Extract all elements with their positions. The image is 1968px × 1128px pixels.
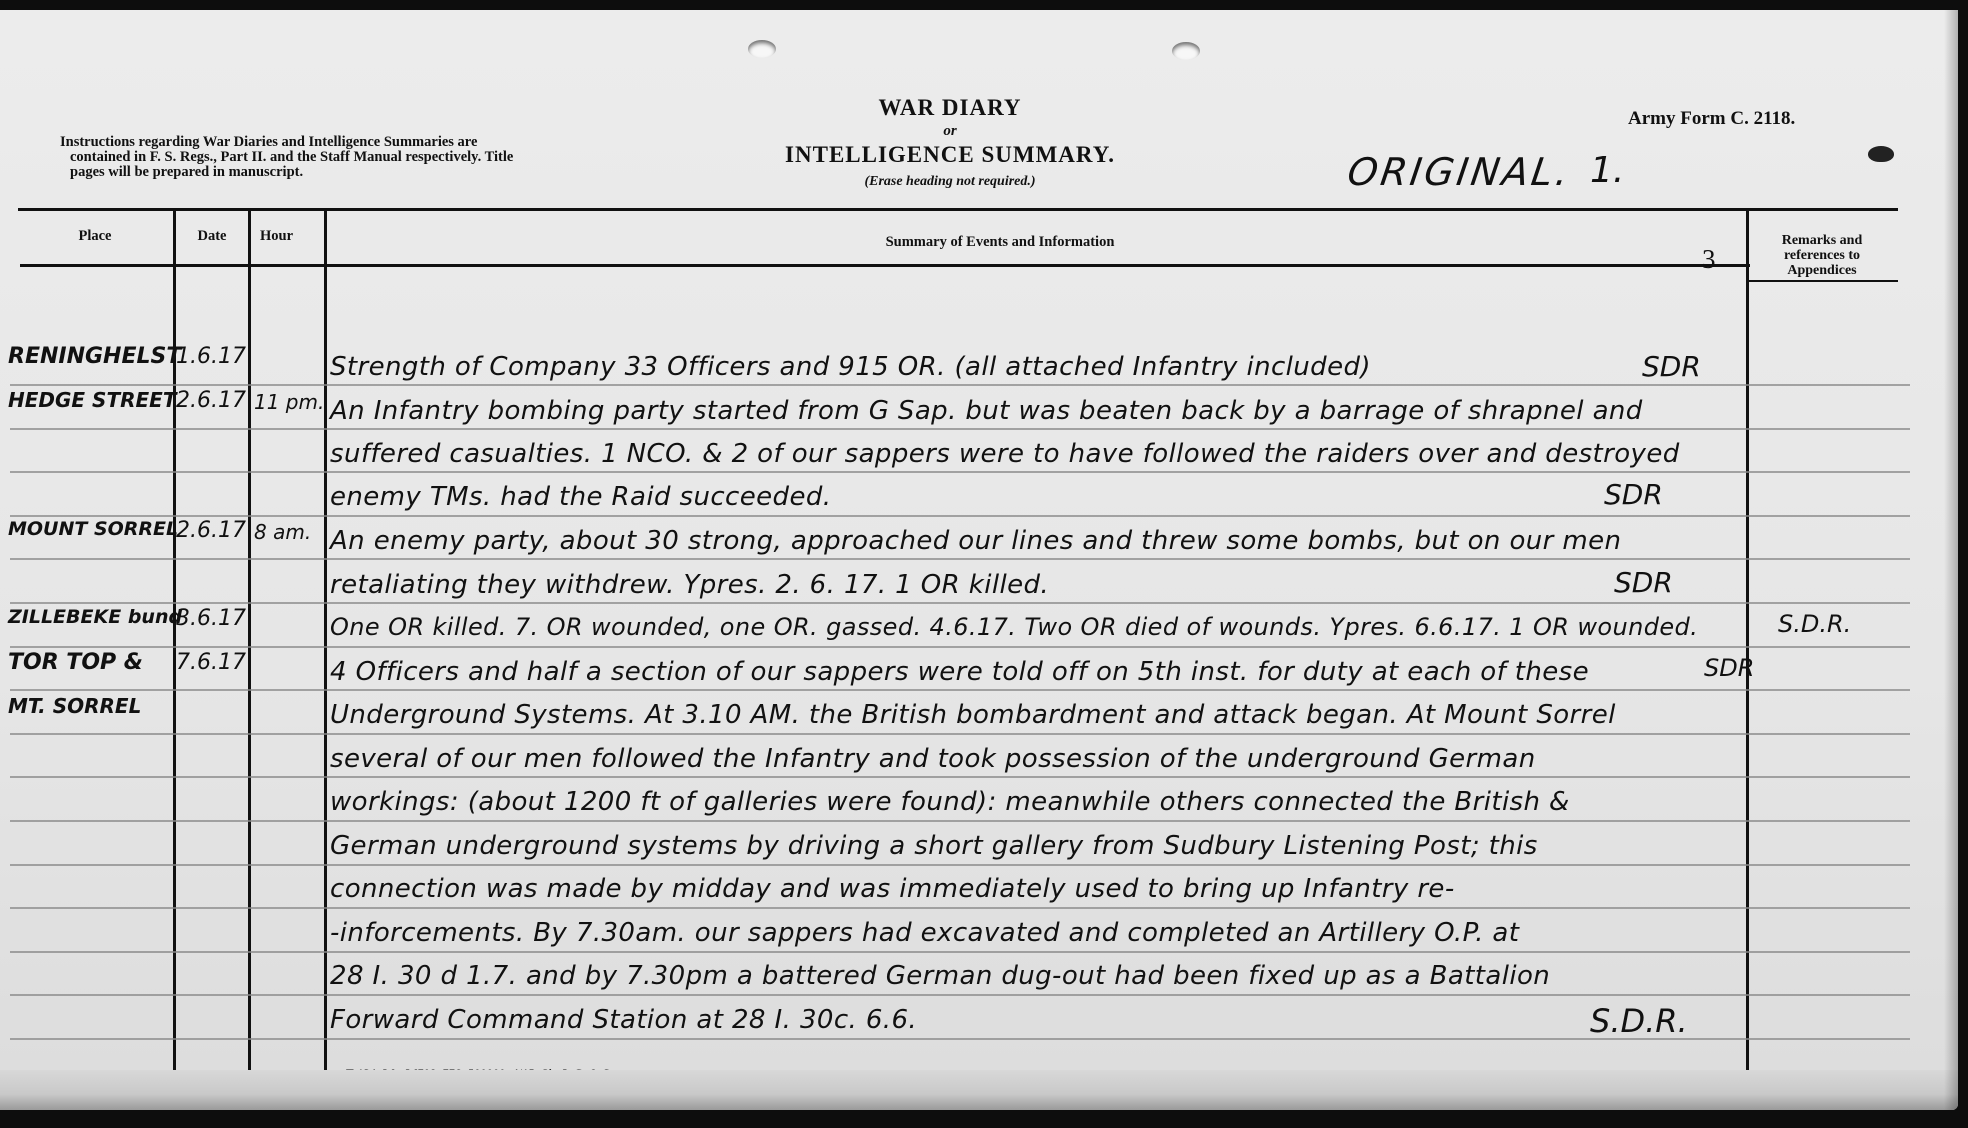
page-number: 3 <box>1702 244 1716 275</box>
summary-line: 4 Officers and half a section of our sap… <box>330 657 1589 687</box>
remarks-header-rule <box>1748 280 1898 282</box>
ruled-line <box>10 994 1910 996</box>
column-header-summary: Summary of Events and Information <box>700 234 1300 251</box>
ruled-line <box>10 558 1910 560</box>
ruled-line <box>10 646 1910 648</box>
summary-line: 28 I. 30 d 1.7. and by 7.30pm a battered… <box>330 961 1550 991</box>
initials-signature: SDR <box>1704 654 1754 682</box>
header-bottom-rule <box>20 264 1750 267</box>
entry-place: MT. SORREL <box>8 694 141 718</box>
form-subtitle: INTELLIGENCE SUMMARY. <box>720 142 1180 168</box>
date-hour-divider <box>248 210 251 1088</box>
initials-signature: SDR <box>1642 350 1701 383</box>
summary-line: several of our men followed the Infantry… <box>330 744 1536 774</box>
entry-date: 1.6.17 <box>176 344 246 369</box>
ruled-line <box>10 776 1910 778</box>
ruled-line <box>10 733 1910 735</box>
form-title-block: WAR DIARY or INTELLIGENCE SUMMARY. (Eras… <box>720 95 1180 190</box>
summary-line: Underground Systems. At 3.10 AM. the Bri… <box>330 700 1616 730</box>
ruled-line <box>10 689 1910 691</box>
entry-hour: 8 am. <box>254 520 311 544</box>
entry-place: ZILLEBEKE bund <box>8 606 182 628</box>
summary-line: retaliating they withdrew. Ypres. 2. 6. … <box>330 570 1049 600</box>
place-date-divider <box>173 210 176 1088</box>
form-title: WAR DIARY <box>720 95 1180 121</box>
war-diary-page: Instructions regarding War Diaries and I… <box>0 10 1958 1110</box>
ink-blot <box>1868 146 1894 162</box>
entry-place: RENINGHELST <box>8 344 181 369</box>
initials-signature: S.D.R. <box>1590 1002 1688 1040</box>
original-number: 1. <box>1590 150 1624 191</box>
initials-signature: SDR <box>1604 478 1663 511</box>
ruled-line <box>10 515 1910 517</box>
entry-hour: 11 pm. <box>254 390 324 414</box>
summary-line: German underground systems by driving a … <box>330 831 1538 861</box>
column-header-remarks: Remarks and references to Appendices <box>1752 233 1892 278</box>
army-form-number: Army Form C. 2118. <box>1628 108 1795 130</box>
ruled-line <box>10 951 1910 953</box>
entry-date: 7.6.17 <box>176 650 246 675</box>
form-title-or: or <box>720 123 1180 140</box>
initials-signature: S.D.R. <box>1778 610 1851 638</box>
ruled-line <box>10 428 1910 430</box>
summary-line: suffered casualties. 1 NCO. & 2 of our s… <box>330 439 1680 469</box>
column-header-hour: Hour <box>252 228 330 245</box>
punch-hole <box>1172 42 1200 60</box>
entry-place: MOUNT SORREL <box>8 518 178 540</box>
ruled-line <box>10 471 1910 473</box>
punch-hole <box>748 40 776 58</box>
summary-line: enemy TMs. had the Raid succeeded. <box>330 482 831 512</box>
summary-remarks-divider <box>1746 210 1749 1088</box>
summary-line: -inforcements. By 7.30am. our sappers ha… <box>330 918 1519 948</box>
page-bottom-edge <box>0 1070 1958 1110</box>
form-note: (Erase heading not required.) <box>720 174 1180 190</box>
entry-place: TOR TOP & <box>8 650 143 675</box>
summary-line: Forward Command Station at 28 I. 30c. 6.… <box>330 1005 917 1035</box>
column-header-place: Place <box>40 228 150 245</box>
header-top-rule <box>18 208 1898 211</box>
summary-line: connection was made by midday and was im… <box>330 874 1455 904</box>
summary-line: Strength of Company 33 Officers and 915 … <box>330 352 1371 382</box>
original-mark: ORIGINAL. <box>1345 150 1574 194</box>
hour-summary-divider <box>324 210 327 1088</box>
column-header-date: Date <box>176 228 248 245</box>
entry-place: HEDGE STREET <box>8 388 176 412</box>
form-instructions: Instructions regarding War Diaries and I… <box>60 135 540 180</box>
summary-line: An enemy party, about 30 strong, approac… <box>330 526 1621 556</box>
ruled-line <box>10 384 1910 386</box>
summary-line: One OR killed. 7. OR wounded, one OR. ga… <box>330 613 1698 641</box>
ruled-line <box>10 602 1910 604</box>
entry-date: 2.6.17 <box>176 388 246 413</box>
entry-date: 2.6.17 <box>176 518 246 543</box>
summary-line: An Infantry bombing party started from G… <box>330 396 1643 426</box>
initials-signature: SDR <box>1614 566 1673 599</box>
ruled-line <box>10 864 1910 866</box>
ruled-line <box>10 820 1910 822</box>
ruled-line <box>10 907 1910 909</box>
summary-line: workings: (about 1200 ft of galleries we… <box>330 787 1570 817</box>
entry-date: 3.6.17 <box>176 606 246 631</box>
